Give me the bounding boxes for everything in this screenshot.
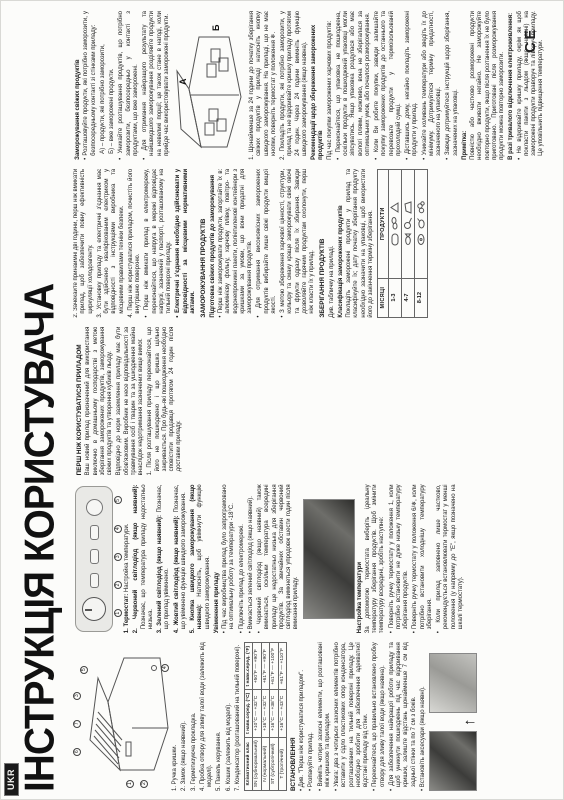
fresh-freezing-heading: Заморожування свіжих продуктів (75, 11, 82, 160)
switch-on-item: • Вмикається зелений світлодіод (якщо на… (248, 484, 255, 633)
months-cell: 1-3 (388, 278, 401, 317)
climate-cell: +61°F — +90°F (261, 643, 269, 690)
before-use-item: 1. Після розташування приладу переконайт… (147, 327, 183, 476)
freeze-step: 1. Щонайменше за 24 години до початку зб… (249, 11, 278, 160)
panel-item: 1. Термостат: Настройка температури. (124, 484, 131, 633)
climate-class-table: Кліматичний клас t навк.серед. (°C) t на… (244, 642, 287, 791)
before-use-heading: ПЕРШ НІЖ КОРИСТУВАТИСЯ ПРИЛАДОМ (76, 327, 84, 476)
before-use-item: 3. Установку приладу та електричні з'єдн… (97, 169, 126, 318)
part-item: 1. Ручка кришки. (172, 642, 179, 791)
vegetables-icon (416, 201, 425, 214)
preparing-item: • Перш ніж заморожувати продукти, загорт… (218, 169, 254, 318)
before-use-paragraph: Відповідно до норм заземлення приладу ма… (116, 327, 145, 476)
months-cell: 4-7 (401, 278, 414, 317)
zone-b-label: Б (211, 24, 221, 31)
panel-callouts: 1 2 3 4 5 (114, 484, 122, 633)
part-item: 5. Панель керування. (216, 642, 223, 791)
climate-cell: +16°C — +38°C (270, 690, 278, 737)
recommendations-heading: Рекомендації щодо збереження заморожених… (311, 11, 326, 160)
cheese-icon (403, 201, 412, 214)
fresh-item: • Для отримання найкращого результату та… (142, 11, 171, 160)
freezer-figure: 6 7 3 5 1 2 4 (74, 644, 170, 790)
climate-cell: +10°C — +32°C (253, 690, 261, 737)
fast-freeze-button (86, 499, 103, 516)
column-freezing: 2. Зачекайте принаймні дві години, перш … (73, 169, 559, 318)
switch-on-item: • Під час виробництва прилад було запрог… (222, 484, 237, 633)
fresh-item: • Розташовуйте продукти, які потрібно за… (83, 11, 98, 160)
fresh-item: Б) – вже заморожені продукти. (109, 11, 116, 160)
install-item: • Для забезпечення найкращої роботи прил… (389, 642, 418, 791)
panel-item: 2. Червоний світлодіод (якщо наявний): П… (133, 484, 155, 633)
callout-7: 7 (73, 720, 81, 728)
climate-cell: +61°F — +100°F (270, 643, 278, 690)
ce-mark: CE (522, 27, 539, 53)
part-item: 7. Конденсатор (розташований на тильній … (235, 642, 242, 791)
poultry-icon (416, 217, 425, 230)
install-item: • Вийміть чотири захисні елементи, що ро… (318, 642, 333, 791)
installation-photos: ↑ (429, 642, 477, 791)
recommendations-intro: Під час покупки заморожених харчових про… (327, 11, 334, 160)
climate-cell: +16°C — +43°C (278, 690, 286, 737)
meat-icon (416, 233, 425, 246)
freeze-step: 2. Покладіть продукти, які потрібно замо… (280, 11, 309, 160)
zone-a-label: А (178, 78, 188, 85)
before-use-item: 4. Перш ніж користуватися приладом, почи… (128, 169, 143, 318)
months-header: МІСЯЦІ (378, 278, 389, 317)
months-cell: 8-12 (414, 278, 427, 317)
temperature-item: • Коли прилад заповнено лише частково, р… (436, 484, 465, 633)
part-item: 2. Замок (якщо наявний). (181, 642, 188, 791)
spacer-photo (429, 731, 477, 791)
panel-callout-1: 1 (114, 609, 122, 617)
climate-cell: N (нормальний) (261, 737, 269, 790)
cake-icon (390, 201, 399, 214)
lid-opening-photo (303, 499, 355, 619)
installation-heading: ВСТАНОВЛЕННЯ (290, 642, 298, 791)
preparing-item: • З метою збереження харчової цінності, … (280, 169, 316, 318)
products-header: ПРОДУКТИ (378, 169, 389, 278)
electrical-warning: • Електричні з'єднання необхідно здійсню… (175, 169, 197, 318)
bread-icon (390, 233, 399, 246)
fresh-item: • Уникайте розташування продуктів, що по… (118, 11, 140, 160)
thermostat-knob (82, 597, 106, 621)
recommendation-item: • Переконайтеся, що упаковка не пошкодже… (336, 11, 372, 160)
recommendation-item: • Коли Ви робите покупки, завжди залишай… (374, 11, 403, 160)
climate-cell: ST (субтропічний) (270, 737, 278, 790)
callout-1: 1 (126, 780, 134, 788)
preparing-heading: Підготовка свіжих продуктів до заморожув… (210, 169, 217, 318)
sausage-icon (390, 217, 399, 230)
classification-heading: Класифікація заморожених продуктів (338, 169, 345, 318)
storing-note: Див. табличку на приладі. (329, 169, 336, 318)
storage-months-table: МІСЯЦІ ПРОДУКТИ 1-3 4-7 (377, 169, 428, 318)
callout-4: 4 (161, 664, 169, 672)
panel-callout-4: 4 (114, 525, 122, 533)
panel-callout-5: 5 (114, 496, 122, 504)
part-item: 4. Пробка отвору для зливу талої води (з… (200, 642, 215, 791)
table-row: 4-7 (401, 169, 414, 317)
part-item: 3. Герметизуюча прокладка. (191, 642, 198, 791)
switch-on-item: • Підключіть прилад до електромережі. (239, 484, 246, 633)
recommendation-item: • Завжди дотримуйтеся інструкцій щодо зб… (445, 11, 460, 160)
fresh-item: А) – продукти, які потрібно заморозити, (100, 11, 107, 160)
climate-cell: +61°F — +110°F (278, 643, 286, 690)
control-panel-figure (75, 486, 113, 632)
warning-item: • Перш ніж вмикати прилад в електромереж… (144, 169, 173, 318)
switch-on-item: • Червоний світлодіод (якщо наявний) так… (257, 484, 301, 633)
callout-2: 2 (140, 780, 148, 788)
table-row: 1-3 (388, 169, 401, 317)
temperature-item: • Поверніть ручку термостату у положення… (412, 484, 434, 633)
panel-callout-3: 3 (114, 553, 122, 561)
red-led (90, 573, 99, 588)
power-failure-heading: В разі тривалого відключення електроживл… (508, 11, 515, 160)
freezer-interior-drawing: А Б (173, 15, 247, 155)
switch-on-heading: Увімкнення приладу (214, 484, 221, 633)
climate-header: t навк.серед. (°C) (245, 690, 253, 737)
panel-item: 3. Зелений світлодіод (якщо наявний): По… (157, 484, 172, 633)
recommendation-item: • Діставшись дому, негайно покладіть зам… (405, 11, 420, 160)
climate-cell: T (тропічний) (278, 737, 286, 790)
recommendation-item: • Уникайте коливань температури або звед… (422, 11, 444, 160)
callout-3: 3 (73, 692, 81, 700)
manual-page: UKR ІНСТРУКЦІЯ КОРИСТУВАЧА 6 7 (0, 0, 564, 800)
chest-freezer-drawing (74, 644, 170, 790)
install-item: • Увага: два з чотирьох захисних елемент… (334, 642, 370, 791)
column-recommendations: Заморожування свіжих продуктів • Розташо… (73, 11, 559, 160)
temperature-intro: За допомогою термостата виберіть ідеальн… (365, 484, 387, 633)
condenser-photo (429, 654, 477, 714)
freezing-heading: ЗАМОРОЖУВАННЯ ПРОДУКТІВ (200, 169, 208, 318)
preparing-item: • Для отримання високоякісних заморожени… (256, 169, 278, 318)
temperature-item: • Поверніть ручку термостату у положення… (389, 484, 411, 633)
loading-diagram: А Б (173, 15, 247, 155)
storing-heading: ЗБЕРІГАННЯ ПРОДУКТІВ (319, 169, 327, 318)
table-row: 8-12 (414, 169, 427, 317)
install-item: • Розпакуйте прилад. (308, 642, 315, 791)
climate-cell: +16°C — +32°C (261, 690, 269, 737)
before-use-paragraph: Ваш новий прилад призначений для викорис… (85, 327, 114, 476)
page-title: ІНСТРУКЦІЯ КОРИСТУВАЧА (17, 210, 64, 792)
column-appliance: 6 7 3 5 1 2 4 1. Ручка кришки. 2. Замок … (73, 642, 559, 791)
part-item: 6. Кошик (залежить від моделі). (226, 642, 233, 791)
callout-6: 6 (73, 748, 81, 756)
before-use-item: 2. Зачекайте принаймні дві години, перш … (73, 169, 95, 318)
climate-cell: +50°F — +90°F (253, 643, 261, 690)
panel-callout-2: 2 (114, 581, 122, 589)
note-heading: Примітка: (462, 11, 469, 160)
climate-header: t навк.серед. (°F) (245, 643, 253, 690)
drumstick-icon (403, 217, 412, 230)
content-columns: 6 7 3 5 1 2 4 1. Ручка кришки. 2. Замок … (73, 11, 559, 791)
callout-5: 5 (80, 666, 88, 674)
temperature-heading: Настройка температури (357, 484, 364, 633)
fish-icon (403, 233, 412, 246)
install-item: • Див. "Перш ніж користуватися приладом"… (299, 642, 306, 791)
install-item: • Переконайтеся, що правильно встановлен… (372, 642, 387, 791)
column-before-use: ПЕРШ НІЖ КОРИСТУВАТИСЯ ПРИЛАДОМ Ваш нови… (73, 327, 559, 476)
up-arrow-icon: ↑ (462, 719, 477, 727)
green-led (90, 549, 99, 564)
panel-item: 4. Жовтий світлодіод (якщо наявний): Поз… (174, 484, 189, 633)
column-control-panel: 1 2 3 4 5 1. Термостат: Настройка темпер… (73, 484, 559, 633)
climate-header: Кліматичний клас (245, 737, 253, 790)
note-text: Повністю або частково розморожені продук… (470, 11, 506, 160)
yellow-led (90, 525, 99, 540)
classification-text: Покладіть заморожені продукти у прилад т… (346, 169, 375, 318)
panel-item: 5. Кнопка швидкого заморожування (якщо н… (190, 484, 212, 633)
install-item: • Встановіть аксесуари (якщо наявні). (420, 642, 427, 791)
climate-cell: SN (субнормальний) (253, 737, 261, 790)
